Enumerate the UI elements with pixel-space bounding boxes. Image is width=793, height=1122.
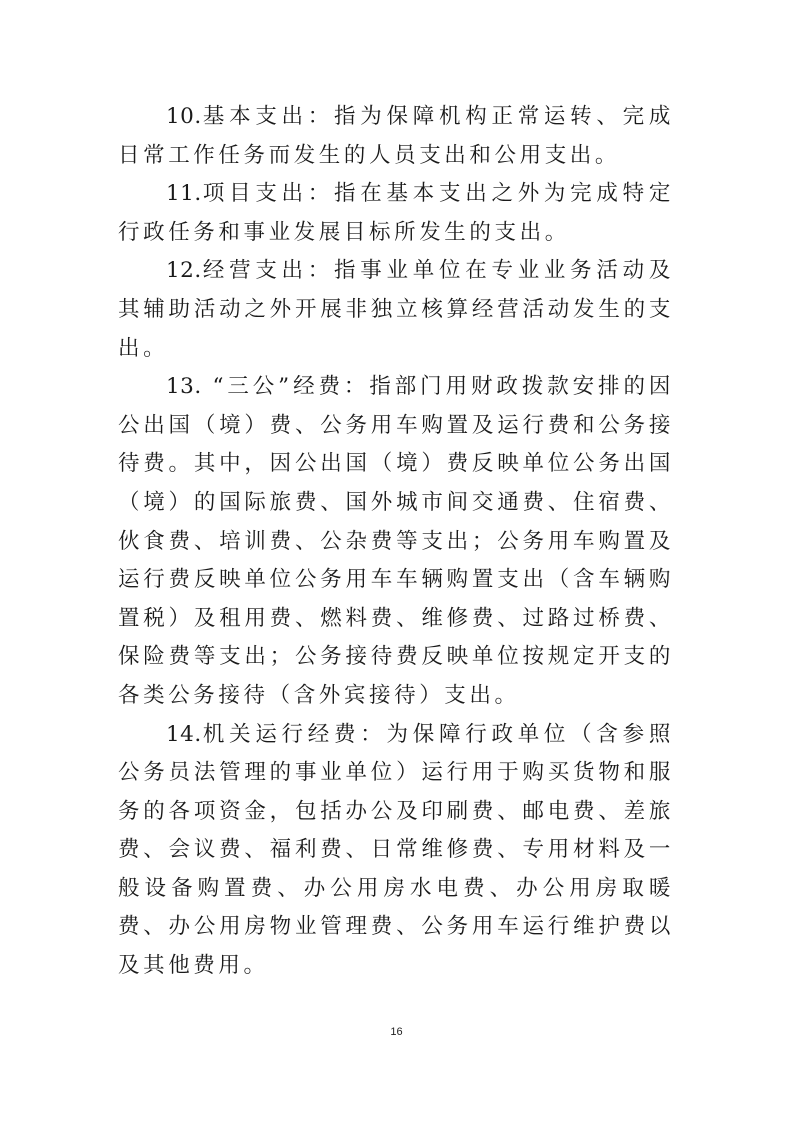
paragraph-agency-operating-expenses: 14.机关运行经费：为保障行政单位（含参照公务员法管理的事业单位）运行用于购买货… [118, 716, 674, 986]
paragraph-text: 项目支出：指在基本支出之外为完成特定行政任务和事业发展目标所发生的支出。 [118, 181, 674, 245]
paragraph-text: “三公”经费：指部门用财政拨款安排的因公出国（境）费、公务用车购置及运行费和公务… [118, 374, 674, 708]
document-page: 10.基本支出：指为保障机构正常运转、完成日常工作任务而发生的人员支出和公用支出… [0, 0, 793, 1122]
document-body: 10.基本支出：指为保障机构正常运转、完成日常工作任务而发生的人员支出和公用支出… [118, 98, 674, 986]
paragraph-project-expenditure: 11.项目支出：指在基本支出之外为完成特定行政任务和事业发展目标所发生的支出。 [118, 175, 674, 252]
paragraph-three-public-expenses: 13. “三公”经费：指部门用财政拨款安排的因公出国（境）费、公务用车购置及运行… [118, 368, 674, 715]
paragraph-number: 12. [166, 258, 202, 283]
page-number: 16 [0, 1026, 793, 1038]
paragraph-number: 11. [166, 181, 202, 206]
paragraph-operating-expenditure: 12.经营支出：指事业单位在专业业务活动及其辅助活动之外开展非独立核算经营活动发… [118, 252, 674, 368]
paragraph-text: 经营支出：指事业单位在专业业务活动及其辅助活动之外开展非独立核算经营活动发生的支… [118, 258, 674, 360]
paragraph-basic-expenditure: 10.基本支出：指为保障机构正常运转、完成日常工作任务而发生的人员支出和公用支出… [118, 98, 674, 175]
paragraph-number: 13. [166, 374, 202, 399]
paragraph-text: 机关运行经费：为保障行政单位（含参照公务员法管理的事业单位）运行用于购买货物和服… [118, 722, 674, 979]
paragraph-number: 14. [166, 722, 202, 747]
paragraph-text: 基本支出：指为保障机构正常运转、完成日常工作任务而发生的人员支出和公用支出。 [118, 104, 674, 168]
paragraph-number: 10. [166, 104, 202, 129]
